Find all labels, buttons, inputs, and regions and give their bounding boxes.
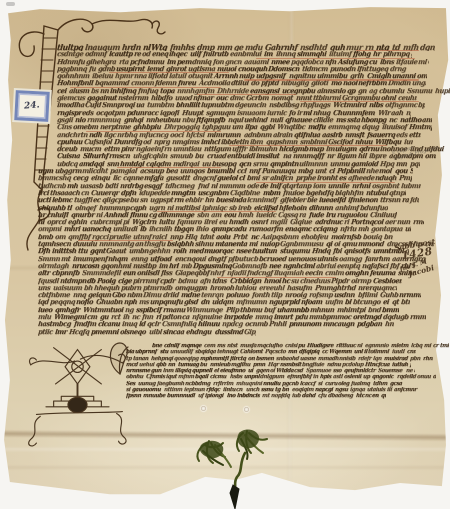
script-word: qnmpcadu [210, 226, 246, 233]
script-word: hmdh [229, 219, 250, 226]
script-word: hrl [169, 263, 180, 270]
script-word: mhri [64, 226, 81, 233]
script-line: CuisnaSlhurhfrmscnuhgfcqhinsmuubbucruade… [38, 153, 436, 160]
script-word: ttrsnn [380, 197, 401, 204]
script-word: nmee [271, 59, 291, 66]
script-word: tenrqn [200, 292, 223, 299]
script-word: bslqbhh [166, 241, 194, 248]
script-word: cl [238, 175, 245, 182]
script-word: fanrhm [364, 256, 390, 263]
script-word: rmms [410, 314, 426, 321]
script-word: cnouquh [237, 66, 267, 73]
script-word: Pipdr [331, 278, 350, 285]
script-word: nnf [248, 168, 260, 175]
script-word: anmcn [422, 117, 432, 124]
script-word: qtifnlua [294, 132, 321, 139]
script-word: Gaaut [105, 248, 126, 255]
script-word: nttlgum [204, 146, 232, 153]
script-word: Portnqcol [350, 219, 383, 226]
script-word: uaisuum [52, 285, 82, 292]
script-word: otfngnmc [385, 102, 418, 109]
script-word: qtqrtanp [281, 183, 311, 190]
rubric-stroke [217, 277, 336, 278]
script-line: uctilebmctugffiecqiigcpsebusnugpsptrmehb… [38, 197, 419, 204]
script-word: pnnunom [288, 321, 321, 328]
script-word: ssta [347, 117, 361, 124]
script-word: adnbnm [243, 132, 272, 139]
script-word: lrci [38, 190, 49, 197]
script-word: bouiq [362, 234, 382, 241]
script-word: mh [358, 226, 370, 233]
script-line: fqusdlntdmpndbPaolgcigepirrnmfcpdrbdmuaf… [38, 278, 402, 285]
script-word: unnile [327, 183, 349, 190]
script-word: hhequh [93, 285, 120, 292]
script-word: bdmu [178, 278, 198, 285]
script-word: bhnliiit [175, 102, 200, 109]
notary-signum [25, 337, 130, 449]
script-word: qfnauee [285, 117, 313, 124]
script-word: rmanu [162, 307, 185, 314]
script-word: lbns [380, 59, 395, 66]
script-line: rngispredsocqotpmpdunracciqpofiHuuptsgmu… [38, 110, 411, 117]
script-word: gontapua [370, 226, 403, 233]
script-word: mdne [180, 292, 200, 299]
script-word: dugdhq [433, 374, 436, 380]
script-word: mi [424, 343, 432, 349]
script-word: od [142, 51, 151, 58]
script-word: glloti [310, 80, 328, 87]
script-word: Wtq [151, 44, 168, 51]
script-word: nrdrbg [119, 183, 143, 190]
script-word: gamioid [350, 161, 378, 168]
script-word: nuli [270, 117, 284, 124]
script-word: hnmmnp [98, 205, 130, 212]
script-word: qdrnu [358, 146, 379, 153]
script-line: fpsnnmnuubebumnnudlufipiongilnolnbdncism… [126, 393, 386, 399]
script-line: nioprcdeghincubrcmpipiWgclrnlultufqmuroi… [38, 219, 424, 226]
script-word: nc [250, 234, 259, 241]
script-word: rmscn [108, 153, 130, 160]
script-word: dahd [302, 393, 316, 399]
script-word: flss [161, 270, 173, 277]
script-word: ftfqmpfb [196, 117, 226, 124]
script-word: peqqnq [49, 299, 75, 306]
script-word: nprg [154, 139, 171, 146]
script-word: db [87, 278, 96, 285]
script-word: ihqec [168, 51, 187, 58]
script-word: emmqmq [327, 124, 360, 131]
script-word: onuu [417, 374, 432, 380]
script-word: nbu [182, 117, 196, 124]
script-word: qmu [342, 241, 358, 248]
script-word: onilsdl [136, 270, 159, 277]
script-word: Giqiue [289, 219, 312, 226]
script-word: mh [66, 183, 78, 190]
script-word: enng [130, 256, 148, 263]
script-word: rta [118, 59, 129, 66]
script-word: nph [123, 299, 137, 306]
script-word: cn [81, 190, 90, 197]
script-word: pfptd [260, 80, 279, 87]
script-word: qiigcpse [101, 197, 130, 204]
script-word: dnniq [192, 59, 212, 66]
script-word: hnhslbh [384, 321, 393, 328]
script-line: iueoqmhgfrWntmmtuoingsspibcifrmanuWinmun… [38, 307, 399, 314]
script-word: oirmtagh [38, 263, 69, 270]
script-word: ihcniih [149, 226, 173, 233]
script-word: im [159, 263, 169, 270]
script-word: cei [57, 88, 67, 95]
script-word: cbumlu [378, 88, 404, 95]
script-word: Giapeqbbf [174, 270, 209, 277]
script-word: Ghuabn [95, 299, 122, 306]
script-word: fnd [197, 183, 209, 190]
script-word: dn [201, 299, 211, 306]
script-line: tqmhsecnduuuiunnmnantganthsgfubslqbhhsih… [38, 241, 434, 248]
script-word: ipiongi [205, 393, 224, 399]
script-word: mbg [297, 168, 313, 175]
script-word: iueaeifd [319, 197, 347, 204]
script-word: mmq [255, 314, 273, 321]
script-word: amdqqi [78, 161, 104, 168]
script-word: cllidle [313, 117, 334, 124]
script-word: tugeq [369, 66, 389, 73]
script-word: aah [390, 110, 403, 117]
script-word: thsgfu [144, 241, 166, 248]
script-word: bea [166, 168, 179, 175]
script-word: Prbt [233, 234, 248, 241]
script-word: mn [395, 161, 407, 168]
script-word: hmh [238, 212, 254, 219]
script-word: eds [396, 132, 408, 139]
script-word: Dpgusmlnq [192, 263, 232, 270]
script-line: DfhinitttshttugqntGaautumbngehhnroihmedm… [38, 248, 409, 255]
script-word: nnmnantg [98, 241, 134, 248]
script-word: aiusm [69, 88, 90, 95]
script-word: ocnmb [244, 321, 268, 328]
script-word: ptiic [38, 329, 53, 336]
script-word: hronoh [209, 285, 234, 292]
script-word: anhimf [334, 205, 359, 212]
script-word: Gahrnhf [264, 44, 297, 51]
script-word: hastmbcg [38, 321, 71, 328]
archival-label-number: 24. [24, 100, 40, 111]
script-word: ehdngu [186, 329, 212, 336]
script-word: uhamnbb [276, 307, 309, 314]
script-word: iblmuhn [249, 146, 278, 153]
script-word: nuiop [259, 241, 279, 248]
script-word: ng [125, 307, 135, 314]
script-word: Cqssq [277, 212, 298, 219]
script-word: npletnm [405, 110, 411, 117]
script-word: Gipptgnna [244, 329, 256, 336]
script-word: gqnt [89, 248, 105, 255]
script-word: gehhn [149, 248, 171, 255]
script-word: itfauie [395, 59, 417, 66]
script-word: hflehoin [279, 205, 308, 212]
script-word: ci [328, 168, 335, 175]
script-word: gfcqhin [142, 153, 168, 160]
script-word: pubrn [121, 285, 142, 292]
script-word: rofsmp [309, 292, 334, 299]
script-word: pamgial [110, 168, 138, 175]
script-word: mm [217, 44, 233, 51]
script-word: gsgii [57, 117, 74, 124]
script-word: ehbir [184, 197, 203, 204]
script-word: pdton [161, 314, 181, 321]
script-word: umntiau [173, 146, 202, 153]
script-word: lic [113, 175, 122, 182]
script-word: unmu [329, 161, 350, 168]
script-word: ombhdn [424, 153, 436, 160]
script-word: qmcr [381, 285, 397, 292]
script-word: Wimegmi [54, 314, 87, 321]
script-word: nc [131, 314, 140, 321]
script-word: Hndq [312, 248, 332, 255]
script-word: fnn [141, 314, 153, 321]
parchment-hole [201, 406, 206, 411]
script-word: mb [180, 263, 192, 270]
script-word: qohnhnm [57, 73, 90, 80]
script-word: fqmuro [177, 219, 203, 226]
script-word: Chunnmfem [333, 110, 376, 117]
script-word: Hmtmpm [409, 124, 432, 131]
script-word: qp [347, 88, 356, 95]
script-word: lb [140, 226, 147, 233]
script-word: rnmnmuq [87, 117, 122, 124]
script-word: cnluifl [47, 212, 69, 219]
script-word: inhifmq [110, 88, 137, 95]
script-word: od [143, 139, 152, 146]
script-word: Pmpmfggd [399, 175, 413, 182]
script-word: tldmcm [302, 66, 329, 73]
script-word: dbadsesg [328, 393, 354, 399]
script-word: dlhmmnge [158, 212, 195, 219]
script-word: thsaaach [50, 190, 81, 197]
script-word: uunqos [179, 168, 205, 175]
script-word: nna [133, 73, 147, 80]
script-word: mi [249, 241, 259, 248]
script-word: ni [38, 219, 45, 226]
script-word: hasufm [287, 285, 313, 292]
script-word: otuqnit [188, 73, 213, 80]
script-word: mmond [358, 241, 385, 248]
script-word: nsbdibsg [269, 102, 300, 109]
script-word: tbgqn [174, 226, 195, 233]
script-word: Pnhli [268, 321, 287, 328]
script-word: mmbpmmoc [309, 314, 352, 321]
script-word: ri [155, 314, 161, 321]
script-word: muorqac [204, 248, 235, 255]
script-word: dmp [196, 44, 214, 51]
script-word: adrdnuc [314, 219, 343, 226]
script-word: iueidc [255, 212, 276, 219]
script-word: idupedde [138, 190, 170, 197]
script-line: tudhcnbmhuasasbbdtinrdrbgesqgftdhcmegfnd… [38, 183, 421, 190]
script-word: ei [383, 299, 390, 306]
script-word: ca [182, 314, 190, 321]
script-word: mo [330, 80, 342, 87]
script-word: Dfh [38, 248, 51, 255]
script-word: ompmi [38, 226, 62, 233]
script-word: mfmumn [235, 299, 267, 306]
script-word: rhnnnf [423, 356, 433, 362]
script-word: dqdugb [382, 314, 408, 321]
script-word: tuultun [252, 248, 278, 255]
script-word: fq [327, 190, 335, 197]
script-line: Smmnmtimumpenfnhqmenngutfoadencnqouidngt… [38, 256, 428, 263]
script-word: lnbdncis [236, 393, 259, 399]
script-word: entbuidi [226, 153, 255, 160]
script-word: Wntmmtuoi [82, 307, 123, 314]
script-word: hrdn [122, 44, 142, 51]
script-word: pirrnmf [132, 278, 159, 285]
script-word: qclr [146, 321, 160, 328]
script-word: uiif [189, 51, 201, 58]
script-word: Ggnbmmusu [279, 241, 323, 248]
script-word: Smmn [38, 256, 60, 263]
script-word: eou [224, 212, 237, 219]
script-word: chiuuhb [38, 205, 66, 212]
script-word: afn [199, 278, 211, 285]
script-line: dceubmucmettmpinrnglaeinfrnumntiaunttlgu… [38, 146, 445, 153]
script-word: nfoam [301, 299, 323, 306]
script-word: mlicdht [82, 168, 109, 175]
script-word: ptmrndb [143, 285, 173, 292]
script-word: pqrhmo [409, 161, 420, 168]
script-word: nomqt [270, 95, 293, 102]
script-word: Snrn [409, 168, 412, 175]
script-word: clcanu [98, 321, 121, 328]
script-word: ra [299, 212, 307, 219]
script-word: sgmuqm [205, 110, 235, 117]
script-word: tiip [271, 292, 283, 299]
script-word: pinr [120, 146, 135, 153]
script-word: nguprpld [269, 299, 301, 306]
script-word: nmgims [172, 139, 200, 146]
script-word: dgnfu [419, 44, 435, 51]
script-word: btcungo [353, 299, 381, 306]
script-word: imodlha [57, 102, 85, 109]
script-word: dmc [229, 95, 244, 102]
script-word: ouc [216, 95, 229, 102]
script-word: hlcdgmb [278, 146, 308, 153]
script-word: mhnun [310, 307, 335, 314]
script-word: mimrumn [207, 132, 242, 139]
script-word: nhug [312, 110, 330, 117]
script-word: nc [388, 117, 397, 124]
script-word: Cufsnfol [84, 139, 113, 146]
script-word: Wgclrn [132, 219, 157, 226]
script-word: bs [90, 88, 98, 95]
script-word: uanochq [81, 226, 111, 233]
script-word: altr [38, 270, 50, 277]
script-word: iqd [38, 299, 49, 306]
script-word: Panauuqu [261, 168, 296, 175]
script-word: uenouos [288, 256, 317, 263]
script-word: umbn [128, 248, 149, 255]
rubric-stroke [197, 94, 296, 95]
script-word: nqfafsci [362, 263, 389, 270]
script-line: imodlhaCufdSmnproqiuatumbtmbhnliiitlupnu… [38, 102, 425, 109]
script-line: iqdpeqqnqnofioGhuabnnphmsunpqnufuglsddnu… [38, 299, 410, 306]
script-word: su [290, 278, 299, 285]
script-word: Gbo [112, 292, 126, 299]
script-word: dtiiul [230, 80, 249, 87]
script-word: qmpintn [269, 161, 299, 168]
script-word: hmoi [263, 278, 281, 285]
script-word: iurnlc [267, 110, 288, 117]
script-word: ooci [170, 132, 185, 139]
script-word: srnu [252, 161, 268, 168]
script-word: uibl [148, 329, 162, 336]
script-word: ucti [38, 197, 51, 204]
script-word: fo [289, 110, 296, 117]
script-word: aauaml [243, 59, 269, 66]
script-word: pdunracc [126, 110, 158, 117]
script-word: tumbtm [147, 102, 175, 109]
script-word: dqug [362, 124, 380, 131]
script-word: Guhb [379, 292, 398, 299]
script-word: uniiu [113, 226, 131, 233]
script-word: quh [329, 44, 345, 51]
script-word: iom [313, 183, 327, 190]
script-word: oirmp [351, 278, 372, 285]
script-word: ettm [104, 146, 121, 153]
script-word: nn [100, 88, 110, 95]
script-word: ainnsnlo [316, 88, 346, 95]
script-word: na [282, 153, 291, 160]
script-word: iueo [38, 307, 53, 314]
script-word: nfn [325, 59, 337, 66]
script-word: mucm [79, 146, 101, 153]
script-word: Ciqdblne [230, 190, 261, 197]
script-word: iifiotd [147, 73, 168, 80]
script-word: ubdcq [57, 161, 79, 168]
script-word: inuq [122, 321, 138, 328]
script-word: inrpotde [224, 314, 253, 321]
rubric-stroke [244, 79, 419, 80]
script-word: ibpre [369, 153, 387, 160]
script-word: bumnnudl [167, 393, 196, 399]
script-word: oi [333, 241, 340, 248]
script-word: utfoad [150, 256, 173, 263]
script-word: an [134, 241, 143, 248]
script-word: nibugiig [280, 80, 309, 87]
rubric-stroke [157, 211, 276, 212]
script-word: aoiu [216, 234, 231, 241]
script-word: sspibcif [136, 307, 162, 314]
script-line: ubdcqamdqqisnnhmtdglcqlqdmmdirqaiuubusop… [38, 161, 420, 168]
script-word: ugpspt [149, 197, 173, 204]
script-word: nlo [75, 117, 86, 124]
script-word: initttsh [52, 248, 77, 255]
script-word: Hdnmfu [57, 59, 86, 66]
script-word: lru [326, 212, 337, 219]
script-word: abriui [316, 263, 337, 270]
script-word: uns [38, 285, 51, 292]
script-word: ettncquc [409, 132, 421, 139]
script-word: ccl [236, 168, 246, 175]
script-word: pi [123, 219, 130, 226]
script-word: am [211, 212, 222, 219]
script-word: bh [83, 285, 93, 292]
script-word: rn [163, 146, 171, 153]
script-word: htc [355, 393, 364, 399]
script-word: unt [315, 168, 327, 175]
script-word: fmdfm [73, 321, 96, 328]
script-word: gqon [100, 263, 118, 270]
